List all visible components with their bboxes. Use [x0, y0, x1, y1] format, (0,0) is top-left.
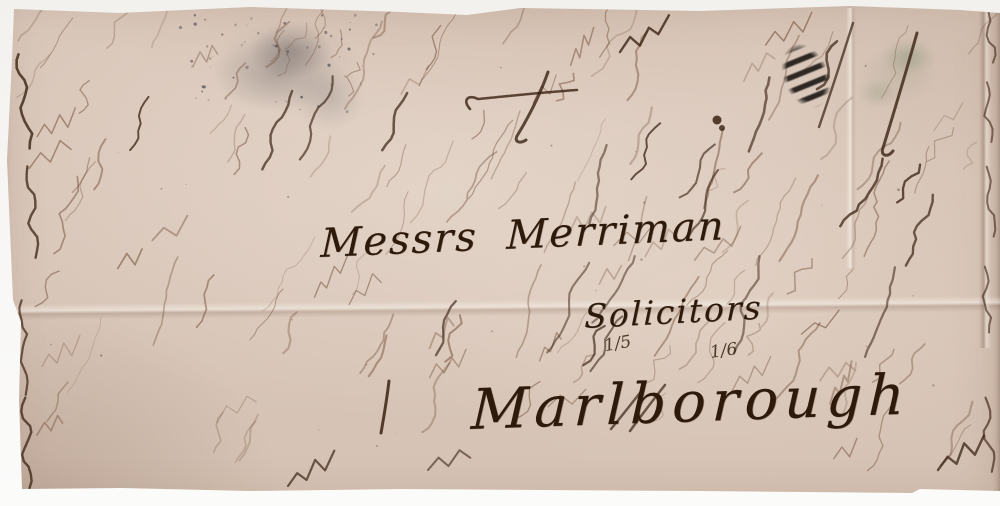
barred-cancel-stamp [761, 22, 851, 130]
green-stain [840, 26, 958, 122]
letter-sheet: Messrs Merriman Solicitors Marlborough 1… [0, 0, 1000, 506]
rate-mark: 1/5 [602, 332, 632, 356]
rate-mark: 1/6 [709, 339, 739, 363]
recipient-name: Messrs Merriman [320, 203, 726, 267]
photo-background: Messrs Merriman Solicitors Marlborough 1… [0, 0, 1000, 506]
right-edge-fold [979, 8, 991, 348]
recipient-title: Solicitors [584, 288, 763, 336]
smudged-postmark [182, 10, 392, 136]
recipient-town: Marlborough [470, 363, 911, 443]
horizontal-fold-crease [0, 296, 1000, 321]
